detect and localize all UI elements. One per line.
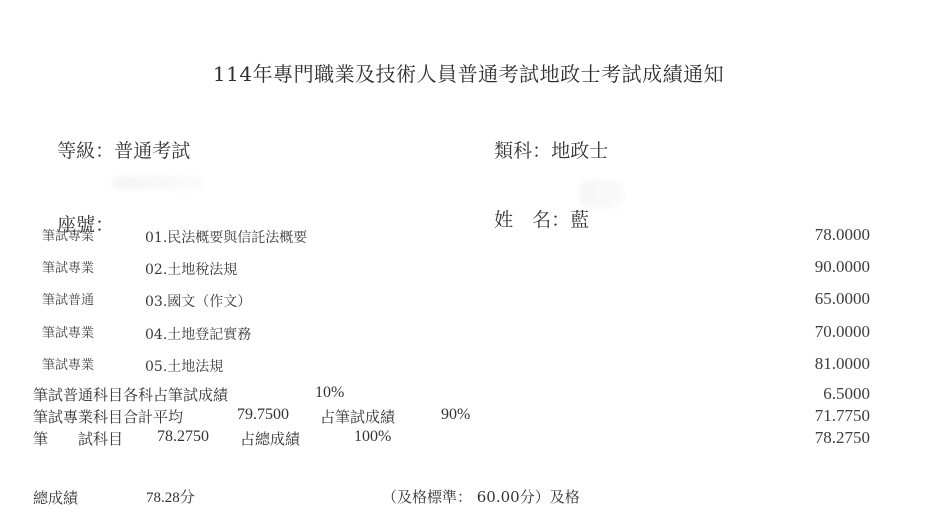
subject-name: 03.國文（作文） (145, 291, 251, 311)
subject-name: 05.土地法規 (145, 356, 223, 376)
summary-label: 筆試普通科目各科占筆試成績 (33, 384, 228, 405)
total-value: 78.28分 (146, 486, 195, 507)
summary-value: 78.2750 (157, 428, 209, 446)
subject-score: 65.0000 (750, 289, 870, 309)
subject-score: 78.0000 (750, 225, 870, 245)
subject-type: 筆試專業 (42, 225, 94, 244)
summary-weight: 90% (441, 406, 470, 424)
subject-type: 筆試普通 (42, 289, 94, 308)
page-title: 114年專門職業及技術人員普通考試地政士考試成績通知 (0, 58, 937, 87)
name-value: 藍 (570, 209, 589, 231)
grade-label: 等級： (57, 140, 114, 162)
category-value: 地政士 (551, 140, 608, 162)
summary-score: 78.2750 (750, 428, 870, 448)
name-redaction (580, 180, 624, 208)
subject-name: 02.土地稅法規 (145, 259, 237, 279)
subject-score: 90.0000 (750, 257, 870, 277)
subject-score: 70.0000 (750, 322, 870, 342)
grade-field: 等級：普通考試 (33, 114, 190, 185)
subject-type: 筆試專業 (42, 322, 94, 341)
summary-weight: 100% (354, 428, 391, 446)
summary-label: 筆試專業科目合計平均 (33, 406, 183, 427)
subject-name: 04.土地登記實務 (145, 324, 251, 344)
total-label: 總成績 (33, 487, 78, 508)
subject-type: 筆試專業 (42, 354, 94, 373)
grade-value: 普通考試 (114, 140, 190, 162)
summary-label: 筆 試科目 (33, 428, 123, 449)
subject-score: 81.0000 (750, 354, 870, 374)
seat-field: 座號： (33, 188, 114, 259)
category-field: 類科：地政士 (470, 114, 608, 185)
summary-value: 79.7500 (237, 406, 289, 424)
subject-name: 01.民法概要與信託法概要 (145, 227, 307, 247)
subject-type: 筆試專業 (42, 257, 94, 276)
summary-weight-label: 占筆試成績 (320, 406, 395, 427)
summary-weight: 10% (315, 384, 344, 402)
seat-redaction (112, 176, 202, 190)
summary-score: 71.7750 (750, 406, 870, 426)
summary-score: 6.5000 (750, 384, 870, 404)
name-label: 姓 名： (494, 209, 570, 231)
summary-weight-label: 占總成績 (240, 428, 300, 449)
pass-standard: （及格標準： 60.00分）及格 (382, 486, 580, 507)
category-label: 類科： (494, 140, 551, 162)
name-field: 姓 名：藍 (470, 183, 589, 254)
